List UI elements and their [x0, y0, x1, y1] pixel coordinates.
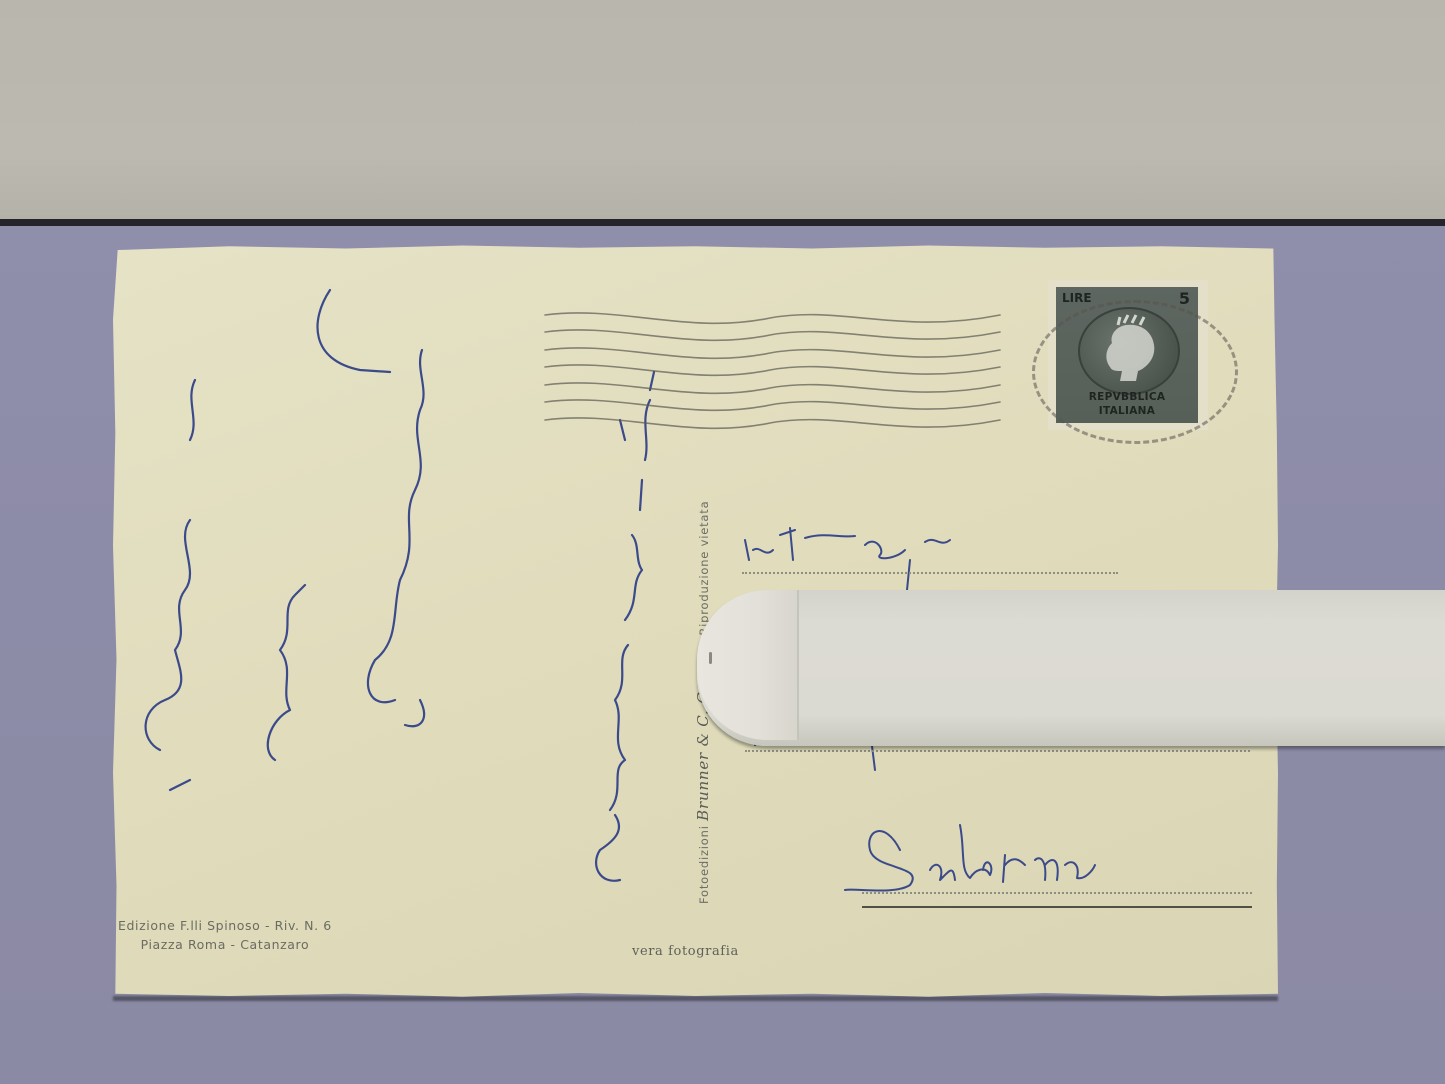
stamp-value: 5: [1179, 289, 1190, 308]
wall-edge: [0, 219, 1445, 226]
handwritten-place-date: [580, 360, 670, 920]
ruler-scuff-mark: [709, 652, 712, 664]
postmark-wavy-lines: [540, 310, 1010, 440]
publisher-imprint: Edizione F.lli Spinoso - Riv. N. 6 Piazz…: [118, 916, 332, 954]
address-line-2: [745, 750, 1250, 752]
postmark-cancel-ring: [1032, 300, 1238, 444]
address-line-4: [862, 906, 1252, 908]
postcard-shadow: [113, 996, 1278, 1001]
white-plastic-ruler: [697, 590, 1445, 746]
stamp-currency: LIRE: [1062, 291, 1092, 305]
credit-prefix: Fotoedizioni: [697, 825, 711, 904]
handwritten-message: [130, 280, 460, 820]
publisher-line-1: Edizione F.lli Spinoso - Riv. N. 6: [118, 916, 332, 935]
publisher-line-2: Piazza Roma - Catanzaro: [118, 935, 332, 954]
address-line-1: [742, 572, 1118, 574]
wall-background: [0, 0, 1445, 221]
address-line-3: [862, 892, 1252, 894]
vera-fotografia-label: vera fotografia: [632, 944, 739, 959]
